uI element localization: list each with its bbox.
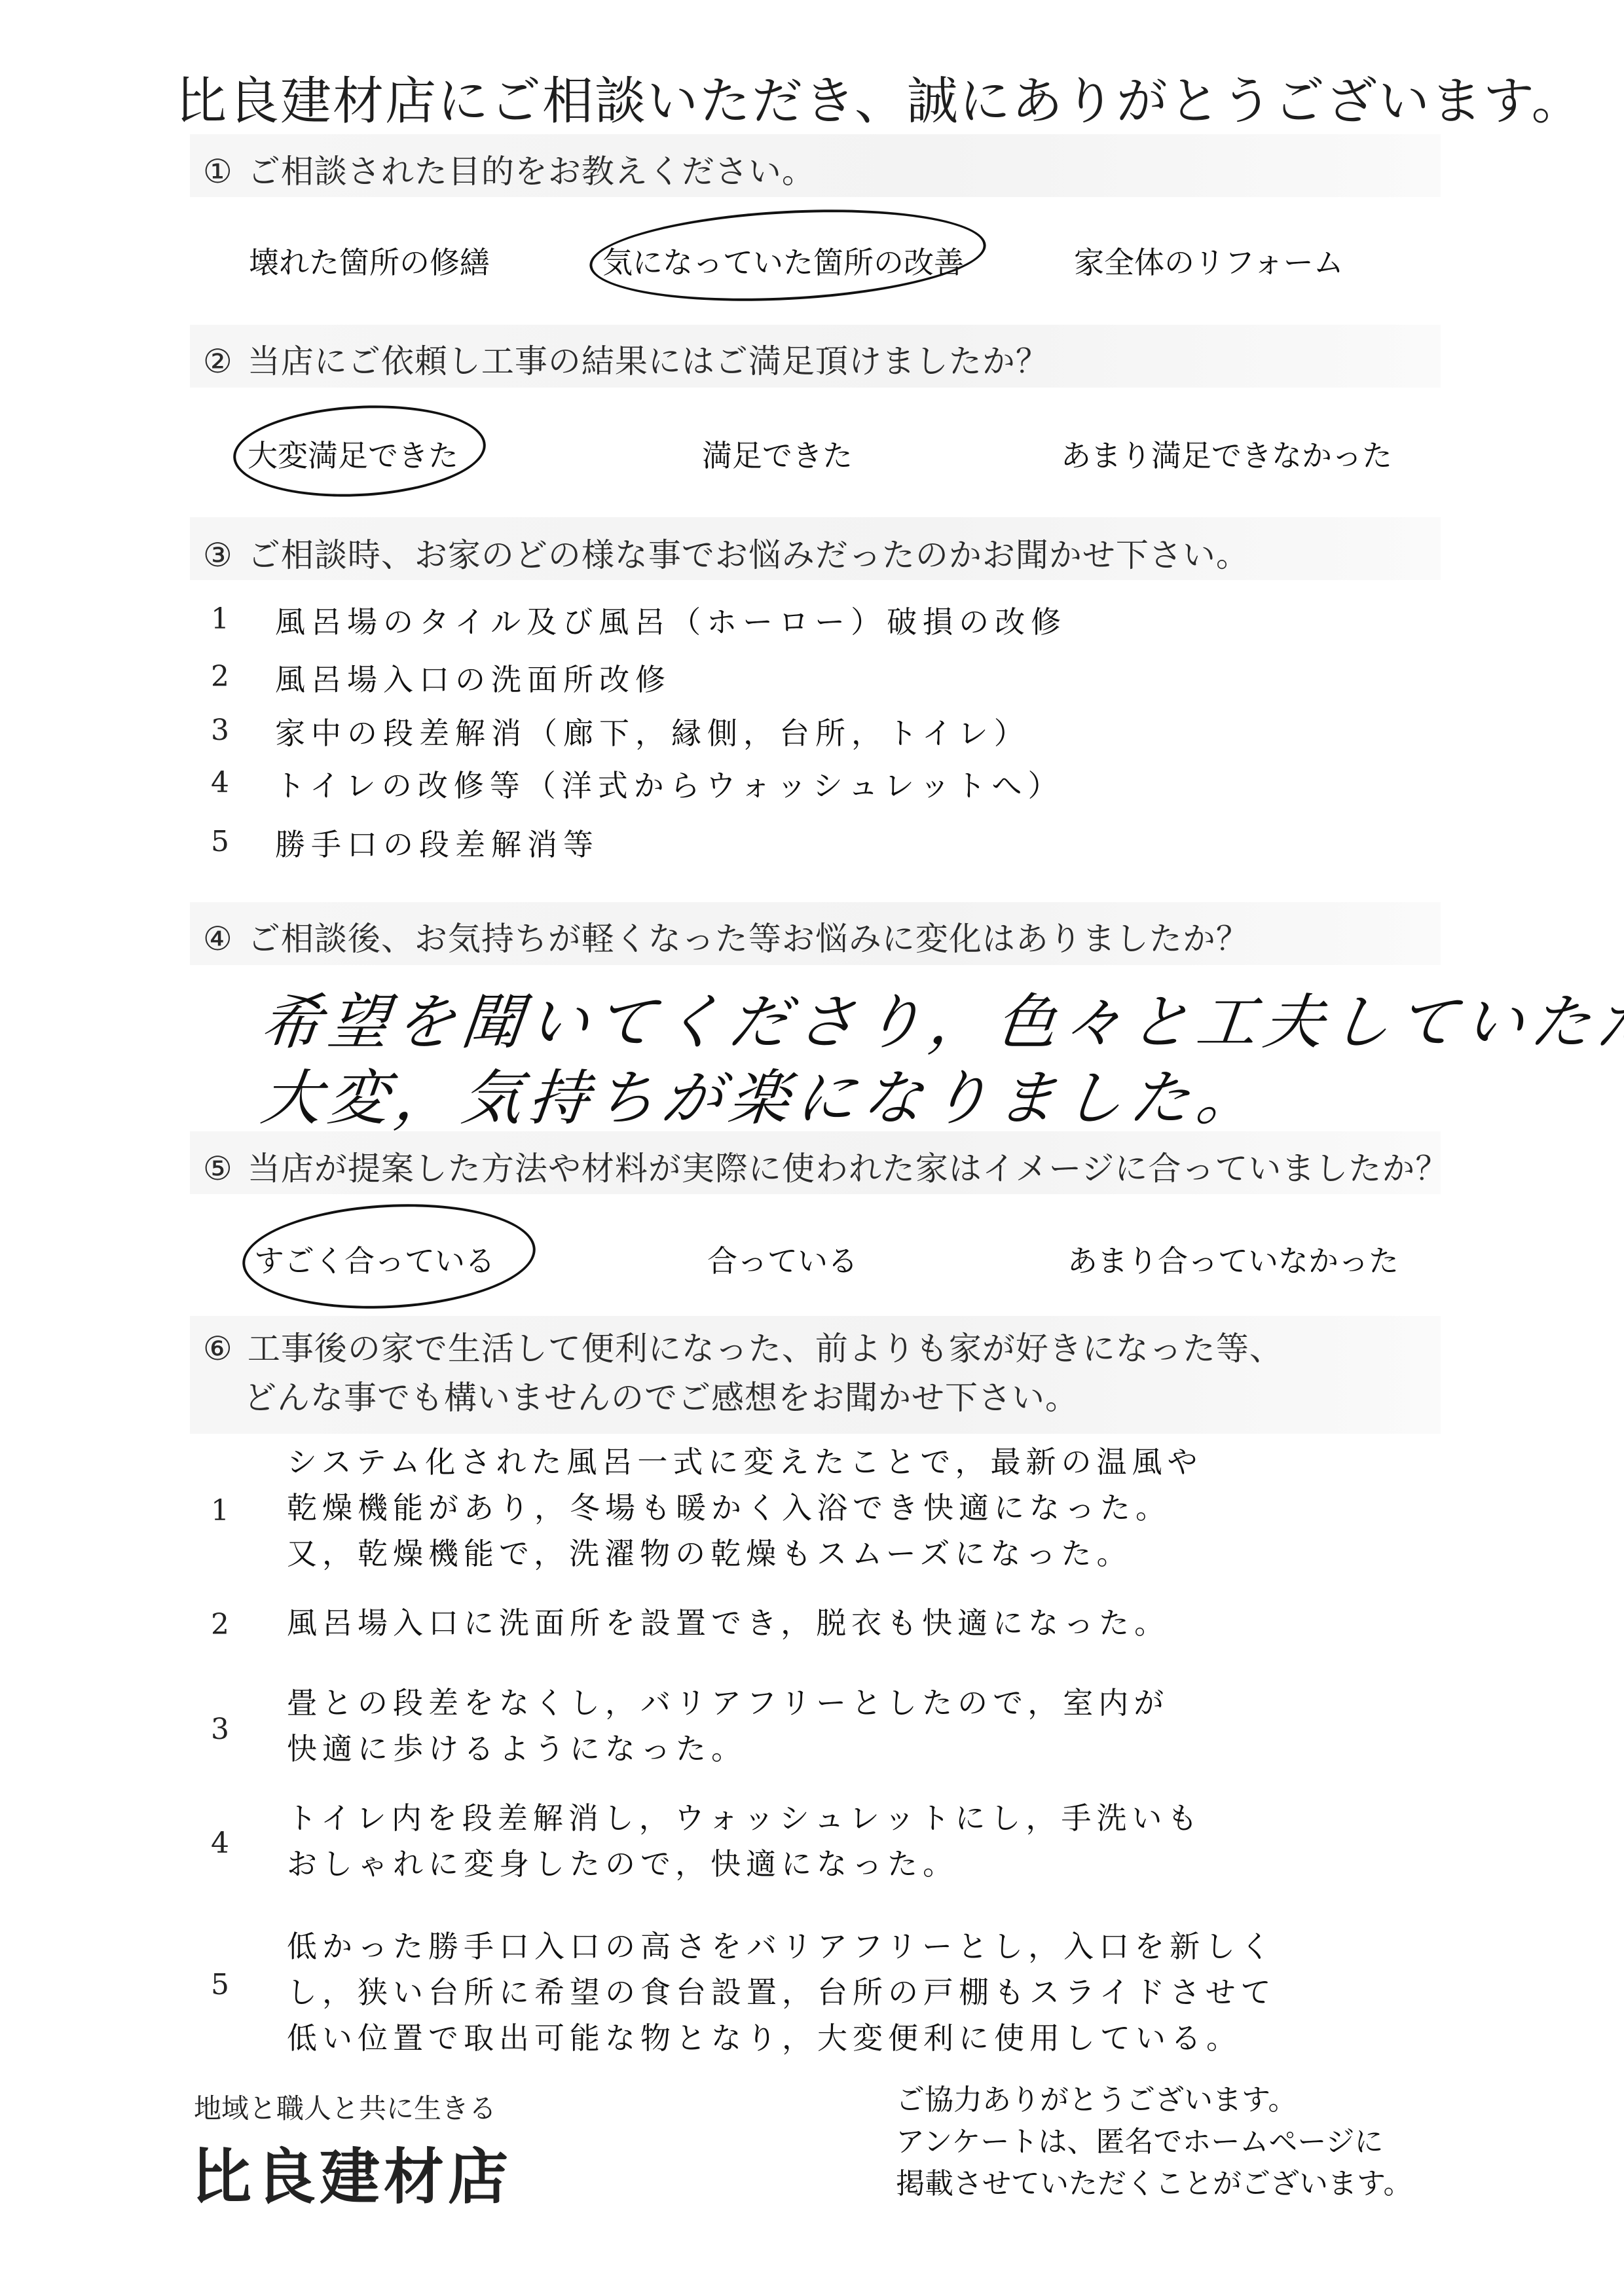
- question-6-text-line1: 工事後の家で生活して便利になった、前よりも家が好きになった等、: [248, 1330, 1283, 1368]
- q6-answer-number: 2: [211, 1608, 229, 1641]
- question-4: ④ご相談後、お気持ちが軽くなった等お悩みに変化はありましたか？: [203, 913, 1249, 960]
- question-3-text: ご相談時、お家のどの様な事でお悩みだったのかお聞かせ下さい。: [248, 536, 1249, 574]
- footer-note-line: 掲載させていただくことがございます。: [896, 2163, 1412, 2205]
- q3-item-text: 風呂場のタイル及び風呂（ホーロー）破損の改修: [275, 598, 1067, 642]
- q6-answer-2: 風呂場入口に洗面所を設置でき，脱衣も快適になった。: [287, 1600, 1170, 1646]
- q5-option-match[interactable]: 合っている: [707, 1237, 858, 1281]
- q3-item-text: 家中の段差解消（廊下，縁側，台所，トイレ）: [275, 710, 1030, 753]
- q2-option-satisfied[interactable]: 満足できた: [702, 432, 853, 475]
- q6-answer-5: 低かった勝手口入口の高さをバリアフリーとし，入口を新しく し，狭い台所に希望の食…: [287, 1923, 1276, 2061]
- question-1: ①ご相談された目的をお教えください。: [203, 145, 815, 192]
- question-2: ②当店にご依頼し工事の結果にはご満足頂けましたか？: [203, 335, 1049, 382]
- answer-line: 畳との段差をなくし，バリアフリーとしたので，室内が: [287, 1680, 1169, 1726]
- q1-option-repair[interactable]: 壊れた箇所の修繕: [249, 239, 490, 282]
- q3-item-number: 4: [211, 766, 229, 799]
- answer-line: トイレ内を段差解消し，ウォッシュレットにし，手洗いも: [287, 1795, 1202, 1841]
- footer-note-line: アンケートは、匿名でホームページに: [896, 2121, 1412, 2163]
- question-5-number: ⑤: [203, 1150, 233, 1188]
- footer-note-line: ご協力ありがとうございます。: [896, 2079, 1412, 2121]
- q1-option-improvement[interactable]: 気になっていた箇所の改善: [602, 239, 964, 282]
- question-3: ③ご相談時、お家のどの様な事でお悩みだったのかお聞かせ下さい。: [203, 529, 1249, 576]
- question-2-number: ②: [203, 342, 233, 380]
- page-title: 比良建材店にご相談いただき、誠にありがとうございます。: [175, 60, 1584, 134]
- q5-option-very-match[interactable]: すごく合っている: [254, 1237, 495, 1281]
- answer-line: 風呂場入口に洗面所を設置でき，脱衣も快適になった。: [287, 1600, 1170, 1646]
- question-5: ⑤当店が提案した方法や材料が実際に使われた家はイメージに合っていましたか？: [203, 1142, 1449, 1190]
- question-5-text: 当店が提案した方法や材料が実際に使われた家はイメージに合っていましたか？: [248, 1150, 1449, 1188]
- handwritten-answer-line: 希望を聞いてくださり，色々と工夫していただき，: [257, 974, 1624, 1061]
- answer-line: し，狭い台所に希望の食台設置，台所の戸棚もスライドさせて: [287, 1969, 1276, 2015]
- q6-answer-number: 1: [211, 1494, 229, 1527]
- footer-note: ご協力ありがとうございます。 アンケートは、匿名でホームページに 掲載させていた…: [896, 2079, 1412, 2205]
- company-tagline: 地域と職人と共に生きる: [194, 2087, 496, 2126]
- q5-option-not-match[interactable]: あまり合っていなかった: [1067, 1237, 1399, 1281]
- q6-answer-4: トイレ内を段差解消し，ウォッシュレットにし，手洗いも おしゃれに変身したので，快…: [287, 1795, 1202, 1887]
- q3-item-number: 3: [211, 714, 229, 747]
- q3-item-number: 1: [211, 602, 229, 636]
- question-6-number: ⑥: [203, 1330, 233, 1368]
- q3-item-text: トイレの改修等（洋式からウォッシュレットへ）: [275, 762, 1063, 805]
- q6-answer-number: 4: [211, 1827, 229, 1860]
- answer-line: おしゃれに変身したので，快適になった。: [287, 1841, 1202, 1887]
- answer-line: 低い位置で取出可能な物となり，大変便利に使用している。: [287, 2015, 1276, 2061]
- q2-option-very-satisfied[interactable]: 大変満足できた: [248, 432, 458, 475]
- q1-option-full-reform[interactable]: 家全体のリフォーム: [1074, 239, 1344, 282]
- q6-answer-3: 畳との段差をなくし，バリアフリーとしたので，室内が 快適に歩けるようになった。: [287, 1680, 1169, 1772]
- q3-item-text: 風呂場入口の洗面所改修: [275, 656, 671, 699]
- answer-line: 低かった勝手口入口の高さをバリアフリーとし，入口を新しく: [287, 1923, 1276, 1969]
- answer-line: システム化された風呂一式に変えたことで，最新の温風や: [287, 1439, 1202, 1485]
- q3-item-text: 勝手口の段差解消等: [275, 821, 599, 864]
- q2-option-not-satisfied[interactable]: あまり満足できなかった: [1061, 432, 1392, 475]
- q6-answer-number: 5: [211, 1968, 229, 2001]
- answer-line: 乾燥機能があり，冬場も暖かく入浴でき快適になった。: [287, 1485, 1202, 1531]
- q3-item-number: 2: [211, 660, 229, 693]
- question-4-number: ④: [203, 920, 233, 958]
- company-logo-text: 比良建材店: [191, 2129, 512, 2215]
- q6-answer-1: システム化された風呂一式に変えたことで，最新の温風や 乾燥機能があり，冬場も暖か…: [287, 1439, 1202, 1576]
- q6-answer-number: 3: [211, 1713, 229, 1746]
- question-6-text-line2: どんな事でも構いませんのでご感想をお聞かせ下さい。: [244, 1372, 1079, 1419]
- question-1-text: ご相談された目的をお教えください。: [248, 153, 815, 191]
- question-3-number: ③: [203, 536, 233, 574]
- question-2-text: 当店にご依頼し工事の結果にはご満足頂けましたか？: [248, 342, 1049, 380]
- question-6: ⑥工事後の家で生活して便利になった、前よりも家が好きになった等、: [203, 1322, 1283, 1370]
- question-1-number: ①: [203, 153, 233, 191]
- handwritten-answer-line: 大変，気持ちが楽になりました。: [257, 1050, 1268, 1137]
- q3-item-number: 5: [211, 825, 229, 858]
- answer-line: 又，乾燥機能で，洗濯物の乾燥もスムーズになった。: [287, 1531, 1202, 1576]
- question-4-text: ご相談後、お気持ちが軽くなった等お悩みに変化はありましたか？: [248, 920, 1249, 958]
- answer-line: 快適に歩けるようになった。: [287, 1726, 1169, 1772]
